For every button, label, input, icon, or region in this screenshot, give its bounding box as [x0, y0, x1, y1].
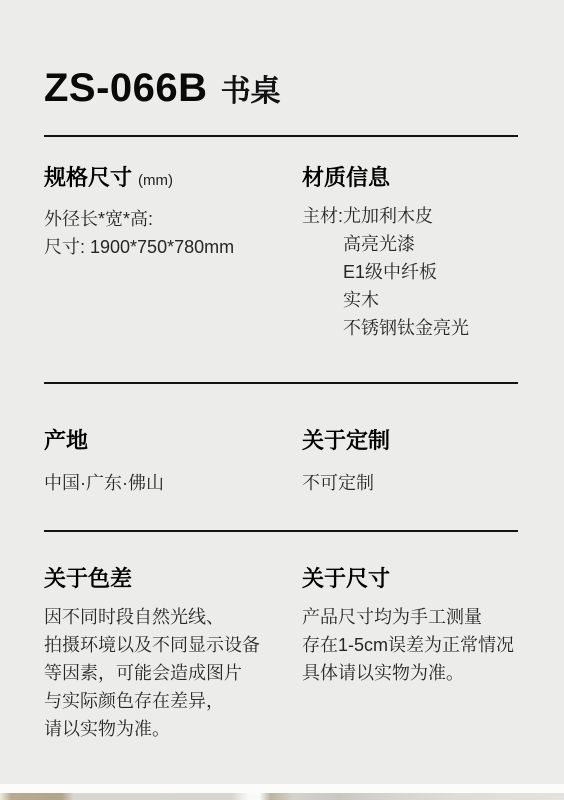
specs-column: 规格尺寸(mm) 外径长*宽*高: 尺寸: 1900*750*780mm — [44, 163, 302, 342]
color-note-column: 关于色差 因不同时段自然光线、 拍摄环境以及不同显示设备 等因素，可能会造成图片… — [44, 564, 302, 743]
size-note-heading: 关于尺寸 — [302, 564, 518, 594]
color-note-line: 等因素，可能会造成图片 — [44, 659, 302, 687]
product-model: ZS-066B — [44, 66, 208, 110]
next-image-sliver — [0, 793, 564, 800]
color-note-line: 拍摄环境以及不同显示设备 — [44, 631, 302, 659]
specs-line: 尺寸: 1900*750*780mm — [44, 233, 302, 261]
bottom-white-band — [0, 784, 564, 793]
material-item: E1级中纤板 — [343, 258, 469, 286]
material-body: 主材: 尤加利木皮 高亮光漆 E1级中纤板 实木 不锈钢钛金亮光 — [302, 202, 518, 342]
material-label: 主材: — [302, 202, 343, 342]
section-specs-material: 规格尺寸(mm) 外径长*宽*高: 尺寸: 1900*750*780mm 材质信… — [44, 163, 518, 342]
specs-unit: (mm) — [138, 172, 173, 189]
material-column: 材质信息 主材: 尤加利木皮 高亮光漆 E1级中纤板 实木 不锈钢钛金亮光 — [302, 163, 518, 342]
specs-body: 外径长*宽*高: 尺寸: 1900*750*780mm — [44, 205, 302, 261]
customization-heading: 关于定制 — [302, 426, 518, 456]
specs-heading: 规格尺寸(mm) — [44, 163, 302, 196]
color-note-heading: 关于色差 — [44, 564, 302, 594]
size-note-body: 产品尺寸均为手工测量 存在1-5cm误差为正常情况 具体请以实物为准。 — [302, 603, 518, 687]
origin-column: 产地 中国·广东·佛山 — [44, 426, 302, 497]
origin-value: 中国·广东·佛山 — [44, 469, 302, 497]
customization-column: 关于定制 不可定制 — [302, 426, 518, 497]
divider-middle — [44, 382, 518, 384]
material-item: 尤加利木皮 — [343, 202, 469, 230]
size-note-line: 存在1-5cm误差为正常情况 — [302, 631, 518, 659]
material-item: 高亮光漆 — [343, 230, 469, 258]
origin-heading: 产地 — [44, 426, 302, 456]
size-note-column: 关于尺寸 产品尺寸均为手工测量 存在1-5cm误差为正常情况 具体请以实物为准。 — [302, 564, 518, 743]
divider-top — [44, 135, 518, 137]
size-note-line: 产品尺寸均为手工测量 — [302, 603, 518, 631]
material-item: 实木 — [343, 286, 469, 314]
section-origin-customization: 产地 中国·广东·佛山 关于定制 不可定制 — [44, 426, 518, 497]
material-heading: 材质信息 — [302, 163, 518, 193]
product-name: 书桌 — [221, 66, 281, 110]
material-item: 不锈钢钛金亮光 — [343, 314, 469, 342]
product-spec-sheet: ZS-066B 书桌 规格尺寸(mm) 外径长*宽*高: 尺寸: 1900*75… — [0, 0, 564, 800]
color-note-line: 请以实物为准。 — [44, 715, 302, 743]
color-note-line: 与实际颜色存在差异， — [44, 687, 302, 715]
section-notes: 关于色差 因不同时段自然光线、 拍摄环境以及不同显示设备 等因素，可能会造成图片… — [44, 564, 518, 743]
color-note-line: 因不同时段自然光线、 — [44, 603, 302, 631]
divider-bottom — [44, 530, 518, 532]
page-title: ZS-066B 书桌 — [44, 66, 518, 110]
color-note-body: 因不同时段自然光线、 拍摄环境以及不同显示设备 等因素，可能会造成图片 与实际颜… — [44, 603, 302, 743]
specs-line: 外径长*宽*高: — [44, 205, 302, 233]
size-note-line: 具体请以实物为准。 — [302, 659, 518, 687]
customization-value: 不可定制 — [302, 469, 518, 497]
content-area: ZS-066B 书桌 规格尺寸(mm) 外径长*宽*高: 尺寸: 1900*75… — [0, 0, 564, 743]
specs-heading-text: 规格尺寸 — [44, 165, 132, 190]
material-items: 尤加利木皮 高亮光漆 E1级中纤板 实木 不锈钢钛金亮光 — [343, 202, 469, 342]
material-list: 主材: 尤加利木皮 高亮光漆 E1级中纤板 实木 不锈钢钛金亮光 — [302, 202, 518, 342]
